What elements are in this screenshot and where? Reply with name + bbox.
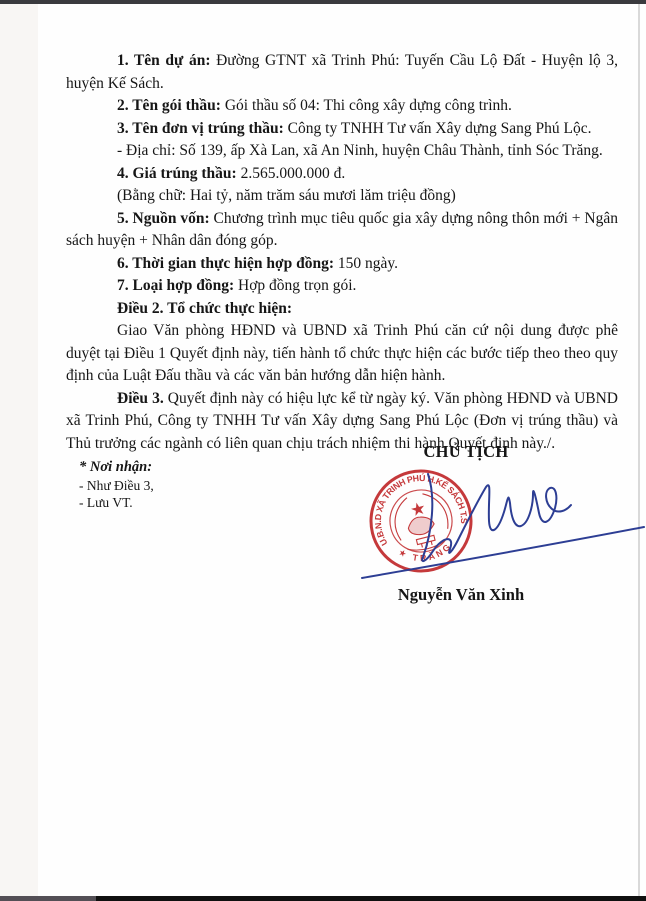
paragraph-text: Gói thầu số 04: Thi công xây dựng công t…: [221, 97, 512, 114]
svg-text:★ TRĂNG: ★ TRĂNG: [395, 535, 454, 569]
document-page: 1. Tên dự án: Đường GTNT xã Trinh Phú: T…: [0, 0, 646, 901]
paragraph-text: 2.565.000.000 đ.: [237, 165, 346, 182]
paragraph-label: 5. Nguồn vốn:: [117, 210, 210, 227]
scan-bottom-edge: [0, 896, 646, 901]
paragraph-don-vi-trung-thau: 3. Tên đơn vị trúng thầu: Công ty TNHH T…: [66, 118, 618, 141]
paragraph-bang-chu: (Bằng chữ: Hai tỷ, năm trăm sáu mươi lăm…: [66, 185, 618, 208]
paragraph-text: Giao Văn phòng HĐND và UBND xã Trinh Phú…: [66, 322, 618, 384]
paragraph-ten-goi-thau: 2. Tên gói thầu: Gói thầu số 04: Thi côn…: [66, 95, 618, 118]
paragraph-dieu-2-body: Giao Văn phòng HĐND và UBND xã Trinh Phú…: [66, 320, 618, 388]
stamp-emblem: [389, 489, 453, 555]
paragraph-label: 1. Tên dự án:: [117, 52, 210, 69]
svg-text:U.B.N.D XÃ TRINH PHÚ H.KẾ SÁCH: U.B.N.D XÃ TRINH PHÚ H.KẾ SÁCH T.SÓC: [363, 463, 472, 548]
stamp-ring-text-bottom: ★ TRĂNG: [395, 535, 454, 569]
paragraph-text: (Bằng chữ: Hai tỷ, năm trăm sáu mươi lăm…: [117, 187, 456, 204]
paragraph-label: Điều 2. Tổ chức thực hiện:: [117, 300, 292, 317]
stamp-ring-text-top: U.B.N.D XÃ TRINH PHÚ H.KẾ SÁCH T.SÓC: [363, 463, 472, 548]
paragraph-label: 3. Tên đơn vị trúng thầu:: [117, 120, 284, 137]
recipients-block: * Nơi nhận: - Như Điều 3, - Lưu VT.: [79, 459, 154, 512]
official-stamp: U.B.N.D XÃ TRINH PHÚ H.KẾ SÁCH T.SÓC ★ T…: [360, 460, 481, 581]
paragraph-label: Điều 3.: [117, 390, 164, 407]
recipients-heading: * Nơi nhận:: [79, 459, 154, 477]
recipient-item: - Như Điều 3,: [79, 477, 154, 495]
paragraph-label: 2. Tên gói thầu:: [117, 97, 221, 114]
paragraph-loai-hop-dong: 7. Loại hợp đồng: Hợp đồng trọn gói.: [66, 275, 618, 298]
paragraph-dieu-2-heading: Điều 2. Tổ chức thực hiện:: [66, 298, 618, 321]
paragraph-dia-chi: - Địa chỉ: Số 139, ấp Xà Lan, xã An Ninh…: [66, 140, 618, 163]
paragraph-ten-du-an: 1. Tên dự án: Đường GTNT xã Trinh Phú: T…: [66, 50, 618, 95]
paragraph-text: - Địa chỉ: Số 139, ấp Xà Lan, xã An Ninh…: [117, 142, 603, 159]
emblem-star-icon: [410, 501, 426, 517]
scan-left-shade: [0, 4, 38, 896]
recipient-item: - Lưu VT.: [79, 494, 154, 512]
paragraph-nguon-von: 5. Nguồn vốn: Chương trình mục tiêu quốc…: [66, 208, 618, 253]
paragraph-text: Công ty TNHH Tư vấn Xây dựng Sang Phú Lộ…: [284, 120, 592, 137]
paragraph-text: 150 ngày.: [334, 255, 398, 272]
signer-title: CHỦ TỊCH: [380, 442, 552, 462]
document-body: 1. Tên dự án: Đường GTNT xã Trinh Phú: T…: [66, 50, 618, 455]
scan-bottom-edge-left: [0, 896, 96, 901]
paragraph-label: 7. Loại hợp đồng:: [117, 277, 234, 294]
stamp-outer-ring: [360, 460, 481, 581]
paragraph-thoi-gian: 6. Thời gian thực hiện hợp đồng: 150 ngà…: [66, 253, 618, 276]
signer-name: Nguyễn Văn Xinh: [356, 585, 566, 605]
paragraph-text: Hợp đồng trọn gói.: [234, 277, 356, 294]
paragraph-gia-trung-thau: 4. Giá trúng thầu: 2.565.000.000 đ.: [66, 163, 618, 186]
scan-top-edge: [0, 0, 646, 4]
stamp-inner-ring: [383, 483, 458, 558]
paragraph-label: 6. Thời gian thực hiện hợp đồng:: [117, 255, 334, 272]
paragraph-label: 4. Giá trúng thầu:: [117, 165, 237, 182]
scan-right-edge: [638, 4, 640, 896]
handwritten-signature: [362, 474, 644, 578]
